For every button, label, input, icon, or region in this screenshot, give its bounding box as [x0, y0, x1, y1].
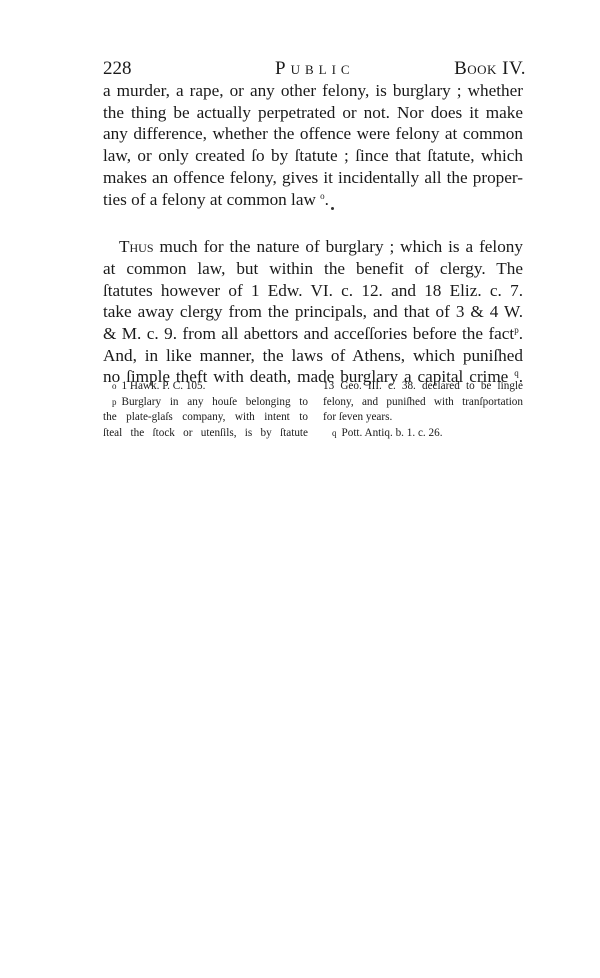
- book-label: Book IV.: [454, 58, 526, 80]
- text-line: any difference, whether the offence were…: [103, 123, 523, 145]
- paragraph-1: a murder, a rape, or any other felony, i…: [103, 80, 523, 210]
- footnote-text: Burglary in any houſe belonging to: [122, 396, 309, 408]
- text-line: a murder, a rape, or any other felony, i…: [103, 80, 523, 102]
- footnotes-left-column: o1 Hawk. P. C. 105. pBurglary in any hou…: [103, 379, 308, 441]
- text-line: law, or only created ſo by ſtatute ; ſin…: [103, 145, 523, 167]
- text-line: And, in like manner, the laws of Athens,…: [103, 345, 523, 367]
- footnote-o: o1 Hawk. P. C. 105.: [103, 379, 308, 395]
- book-page: 228 Public Book IV. a murder, a rape, or…: [103, 58, 523, 388]
- text-line-content: ties of a felony at common law: [103, 190, 316, 209]
- footnotes-right-column: 13 Geo. III. c. 38. declared to be ſingl…: [323, 379, 523, 441]
- text-line-last: ties of a felony at common law o.: [103, 189, 523, 211]
- footnote-mark: q: [332, 428, 337, 438]
- page-number: 228: [103, 58, 132, 80]
- footnote-mark: p: [112, 397, 117, 407]
- footnote-mark: o: [112, 381, 117, 391]
- running-title: Public: [275, 58, 355, 80]
- text-line: makes an offence felony, gives it incide…: [103, 167, 523, 189]
- footnote-p-continued: 13 Geo. III. c. 38. declared to be ſingl…: [323, 379, 523, 395]
- text-line: at common law, but within the benefit of…: [103, 258, 523, 280]
- footnote-p-continued: for ſeven years.: [323, 410, 523, 426]
- text-line: & M. c. 9. from all abettors and acceſſo…: [103, 323, 523, 345]
- body-text: a murder, a rape, or any other felony, i…: [103, 80, 523, 388]
- footnote-text: Pott. Antiq. b. 1. c. 26.: [342, 427, 443, 439]
- footnote-text: 1 Hawk. P. C. 105.: [122, 380, 206, 392]
- text-line: take away clergy from the principals, an…: [103, 301, 523, 323]
- paragraph-2: Thus much for the nature of burglary ; w…: [103, 236, 523, 388]
- text-line-content: & M. c. 9. from all abettors and acceſſo…: [103, 324, 514, 343]
- text-line: the thing be actually perpetrated or not…: [103, 102, 523, 124]
- running-head: 228 Public Book IV.: [103, 58, 523, 80]
- footnote-q: qPott. Antiq. b. 1. c. 26.: [323, 426, 523, 442]
- footnote-p-continued: ſteal the ſtock or utenſils, is by ſtatu…: [103, 426, 308, 442]
- text-line-content: much for the nature of burglary ; which …: [154, 237, 523, 256]
- text-line: ſtatutes however of 1 Edw. VI. c. 12. an…: [103, 280, 523, 302]
- lead-word: Thus: [119, 237, 154, 256]
- footnotes: o1 Hawk. P. C. 105. pBurglary in any hou…: [103, 379, 523, 441]
- text-line: Thus much for the nature of burglary ; w…: [103, 236, 523, 258]
- footnote-p-continued: felony, and puniſhed with tranſportation: [323, 395, 523, 411]
- punctuation: .: [519, 324, 523, 343]
- punctuation: .: [325, 190, 329, 209]
- footnote-p-continued: the plate-glaſs company, with intent to: [103, 410, 308, 426]
- ornament-dot: [331, 207, 334, 210]
- footnote-p: pBurglary in any houſe belonging to: [103, 395, 308, 411]
